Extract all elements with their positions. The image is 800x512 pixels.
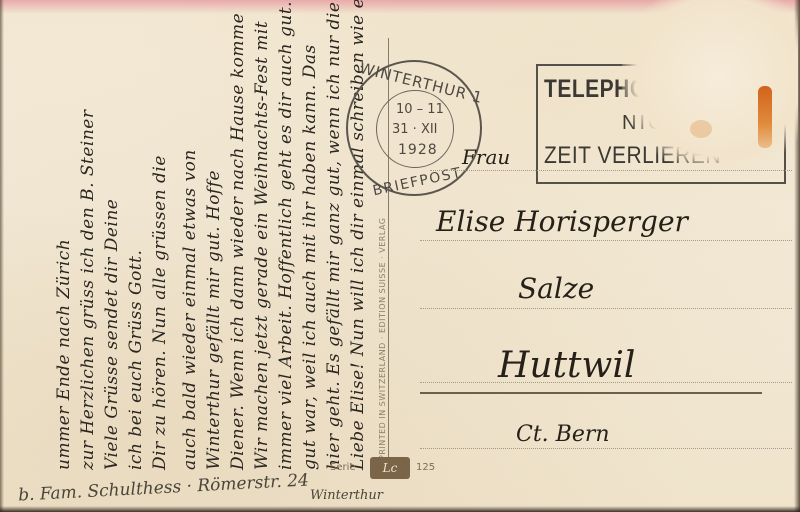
postmark-time: 10 – 11 bbox=[396, 102, 444, 117]
handwritten-message: Liebe Elise! Nun will ich dir einmal sch… bbox=[18, 30, 358, 460]
message-line: auch bald wieder einmal etwas von bbox=[180, 149, 200, 470]
postmark-date: 31 · XII bbox=[392, 122, 438, 137]
recipient-street: Salze bbox=[518, 272, 594, 305]
address-salutation: Frau bbox=[462, 145, 510, 169]
message-line: immer viel Arbeit. Hoffentlich geht es d… bbox=[276, 1, 296, 470]
message-line: Diener. Wenn ich dann wieder nach Hause … bbox=[228, 13, 248, 470]
message-line: hier geht. Es gefällt mir ganz gut, wenn… bbox=[324, 2, 344, 470]
message-line: Wir machen jetzt gerade ein Weihnachts-F… bbox=[252, 21, 272, 470]
postcard-back: Liebe Elise! Nun will ich dir einmal sch… bbox=[0, 0, 800, 512]
bottom-edge-shadow bbox=[0, 506, 800, 512]
torn-stamp-area bbox=[622, 0, 798, 170]
message-line: ich bei euch Grüss Gott. bbox=[126, 250, 146, 470]
postmark-year: 1928 bbox=[398, 142, 438, 158]
message-line: zur Herzlichen grüss ich den B. Steiner bbox=[78, 110, 98, 471]
publisher-logo-icon: Lc bbox=[370, 457, 410, 479]
address-line bbox=[430, 170, 792, 171]
recipient-canton: Ct. Bern bbox=[516, 422, 610, 447]
address-line bbox=[420, 308, 792, 309]
postmark-stamp: WINTERTHUR 1 10 – 11 31 · XII 1928 BRIEF… bbox=[346, 60, 482, 196]
message-line: Winterthur gefällt mir gut. Hoffe bbox=[204, 170, 224, 470]
left-edge-shadow bbox=[0, 0, 4, 512]
address-line bbox=[420, 240, 792, 241]
series-label: Serie bbox=[330, 462, 356, 473]
address-line bbox=[420, 448, 792, 449]
rust-stain bbox=[758, 86, 772, 148]
series-number: 125 bbox=[416, 462, 435, 473]
message-line: Dir zu hören. Nun alle grüssen die bbox=[150, 155, 170, 470]
sender-city: Winterthur bbox=[310, 488, 383, 503]
paper-stain bbox=[690, 120, 712, 138]
address-underline bbox=[420, 392, 762, 394]
message-line: gut war, weil ich auch mit ihr haben kan… bbox=[300, 44, 320, 470]
message-line: Viele Grüsse sendet dir Deine bbox=[102, 199, 122, 470]
recipient-town: Huttwil bbox=[498, 345, 635, 386]
recipient-name: Elise Horisperger bbox=[436, 205, 688, 238]
message-line: ummer Ende nach Zürich bbox=[54, 239, 74, 470]
sender-address: b. Fam. Schulthess · Römerstr. 24 bbox=[18, 470, 310, 505]
